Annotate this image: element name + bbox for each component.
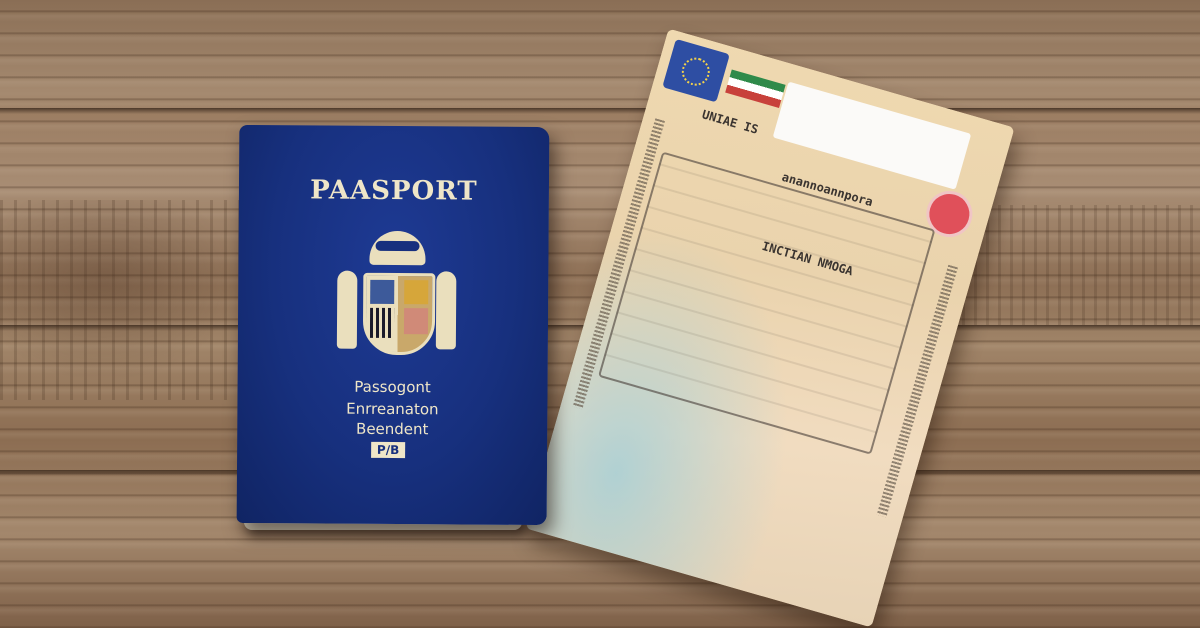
biometric-chip-icon: P/B	[371, 442, 405, 458]
national-flag-icon	[725, 69, 785, 108]
shield-quarter	[370, 280, 394, 304]
wood-carving-right	[950, 205, 1200, 325]
crown-icon	[369, 231, 425, 265]
document-visa-frame	[598, 152, 935, 455]
supporter-figure-right	[436, 271, 457, 349]
shield-quarter	[404, 308, 428, 334]
wood-carving-left	[0, 200, 260, 400]
passport-subtitle-3: Beendent	[237, 419, 547, 440]
eu-flag-icon	[662, 39, 730, 102]
wooden-table-background: UNIAE IS anannoannpora INCTIAN NMOGA PAA…	[0, 0, 1200, 628]
shield-icon	[363, 273, 436, 356]
document-header-text: UNIAE IS	[700, 107, 759, 136]
passport-subtitle-2: Enrreanaton	[237, 399, 547, 420]
plank-gap	[0, 108, 1200, 114]
travel-document: UNIAE IS anannoannpora INCTIAN NMOGA	[525, 28, 1014, 627]
shield-quarter	[370, 308, 394, 338]
passport-title: PAASPORT	[239, 175, 549, 207]
supporter-figure-left	[337, 271, 358, 349]
document-label-sticker	[773, 82, 972, 190]
shield-quarter	[404, 280, 428, 304]
passport: PAASPORT Passogont Enrreanaton Beendent …	[237, 125, 550, 525]
passport-subtitle-1: Passogont	[238, 377, 548, 398]
coat-of-arms-icon	[333, 231, 459, 362]
